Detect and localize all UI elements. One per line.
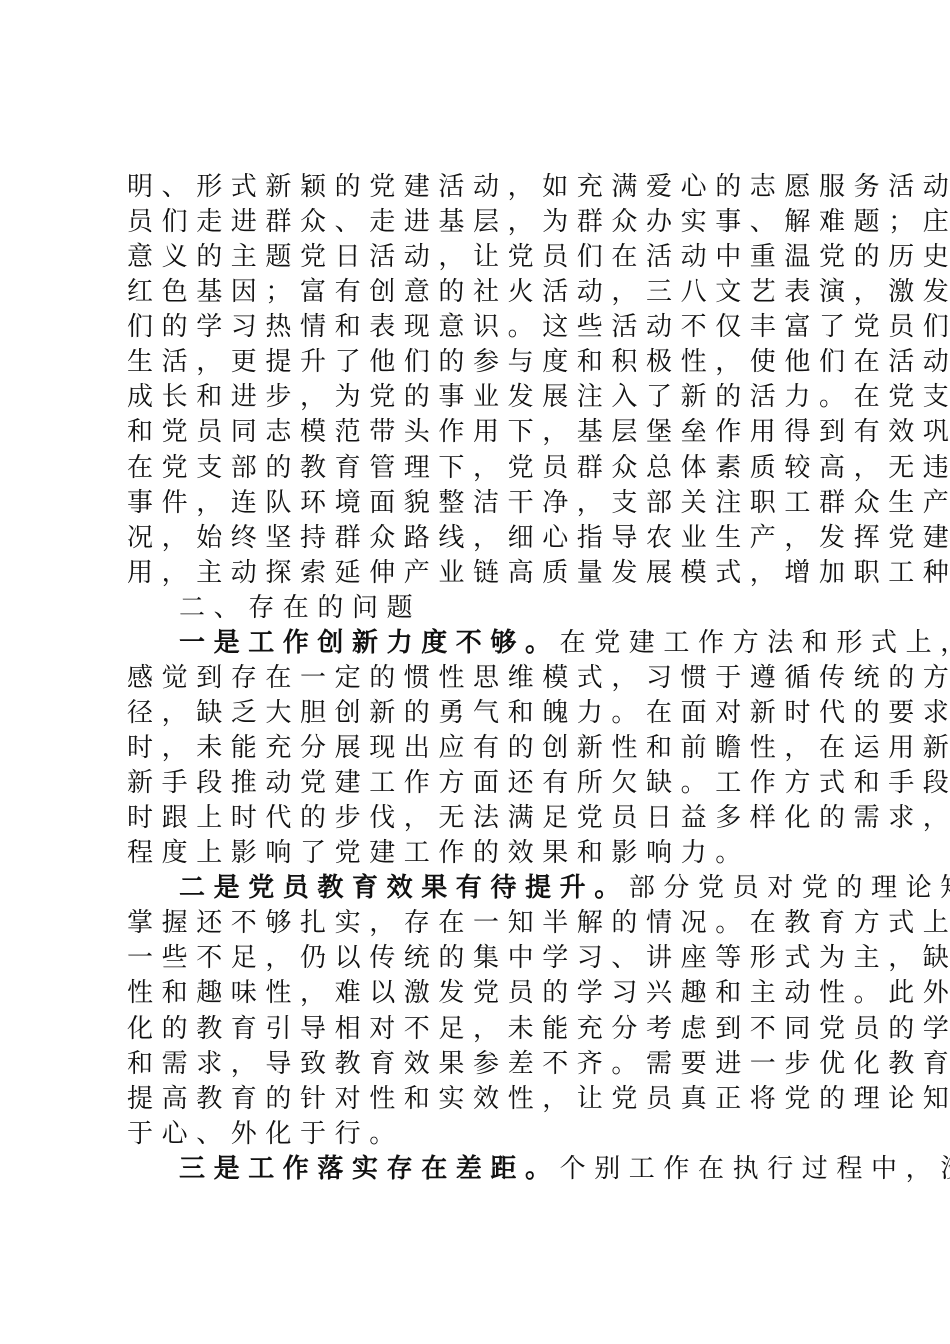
issue-2-paragraph: 二是党员教育效果有待提升。部分党员对党的理论知识的 掌握还不够扎实，存在一知半解…: [127, 871, 837, 1152]
issue-1-paragraph: 一是工作创新力度不够。在党建工作方法和形式上，明显 感觉到存在一定的惯性思维模式…: [127, 626, 837, 871]
text-line: 新手段推动党建工作方面还有所欠缺。工作方式和手段未能及: [127, 766, 837, 801]
text-line: 一些不足，仍以传统的集中学习、讲座等形式为主，缺乏互动: [127, 941, 837, 976]
text-line: 程度上影响了党建工作的效果和影响力。: [127, 836, 837, 871]
issue-3-first-line-rest: 个别工作在执行过程中，没有得: [560, 1154, 950, 1184]
text-line: 红色基因；富有创意的社火活动，三八文艺表演，激发了党员: [127, 275, 837, 310]
text-line: 性和趣味性，难以激发党员的学习兴趣和主动性。此外，个性: [127, 976, 837, 1011]
text-line: 况，始终坚持群众路线，细心指导农业生产，发挥党建引领作: [127, 521, 837, 556]
issue-2-first-line: 二是党员教育效果有待提升。部分党员对党的理论知识的: [127, 871, 837, 906]
text-line: 和需求，导致教育效果参差不齐。需要进一步优化教育方式，: [127, 1047, 837, 1082]
text-line: 径，缺乏大胆创新的勇气和魄力。在面对新时代的要求和挑战: [127, 696, 837, 731]
text-line: 时，未能充分展现出应有的创新性和前瞻性，在运用新技术、: [127, 731, 837, 766]
text-line: 掌握还不够扎实，存在一知半解的情况。在教育方式上也存在: [127, 906, 837, 941]
text-line: 用，主动探索延伸产业链高质量发展模式，增加职工种植收入。: [127, 556, 837, 591]
issue-3-paragraph: 三是工作落实存在差距。个别工作在执行过程中，没有得: [127, 1152, 837, 1187]
text-line: 事件，连队环境面貌整洁干净，支部关注职工群众生产生活状: [127, 486, 837, 521]
text-line: 提高教育的针对性和实效性，让党员真正将党的理论知识内化: [127, 1082, 837, 1117]
issue-3-first-line: 三是工作落实存在差距。个别工作在执行过程中，没有得: [127, 1152, 837, 1187]
issue-1-lead: 一是工作创新力度不够。: [179, 628, 560, 658]
text-line: 时跟上时代的步伐，无法满足党员日益多样化的需求，在一定: [127, 801, 837, 836]
document-page: 明、形式新颖的党建活动，如充满爱心的志愿服务活动，让党 员们走进群众、走进基层，…: [127, 170, 837, 1187]
issue-2-first-line-rest: 部分党员对党的理论知识的: [629, 873, 950, 903]
section-heading: 二、存在的问题: [127, 591, 837, 626]
text-line: 意义的主题党日活动，让党员们在活动中重温党的历史，传承: [127, 240, 837, 275]
text-line: 感觉到存在一定的惯性思维模式，习惯于遵循传统的方式和路: [127, 661, 837, 696]
text-line: 和党员同志模范带头作用下，基层堡垒作用得到有效巩固提升，: [127, 415, 837, 450]
text-line: 化的教育引导相对不足，未能充分考虑到不同党员的学习特点: [127, 1012, 837, 1047]
issue-1-first-line-rest: 在党建工作方法和形式上，明显: [560, 628, 950, 658]
text-line: 生活，更提升了他们的参与度和积极性，使他们在活动中不断: [127, 345, 837, 380]
paragraph-intro: 明、形式新颖的党建活动，如充满爱心的志愿服务活动，让党 员们走进群众、走进基层，…: [127, 170, 837, 591]
text-line: 在党支部的教育管理下，党员群众总体素质较高，无违法违规: [127, 451, 837, 486]
issue-2-lead: 二是党员教育效果有待提升。: [179, 873, 629, 903]
text-line: 员们走进群众、走进基层，为群众办实事、解难题；庄重而有: [127, 205, 837, 240]
issue-3-lead: 三是工作落实存在差距。: [179, 1154, 560, 1184]
text-line: 成长和进步，为党的事业发展注入了新的活力。在党支部领导: [127, 380, 837, 415]
text-line: 们的学习热情和表现意识。这些活动不仅丰富了党员们的组织: [127, 310, 837, 345]
text-line: 于心、外化于行。: [127, 1117, 837, 1152]
issue-1-first-line: 一是工作创新力度不够。在党建工作方法和形式上，明显: [127, 626, 837, 661]
text-line: 明、形式新颖的党建活动，如充满爱心的志愿服务活动，让党: [127, 170, 837, 205]
